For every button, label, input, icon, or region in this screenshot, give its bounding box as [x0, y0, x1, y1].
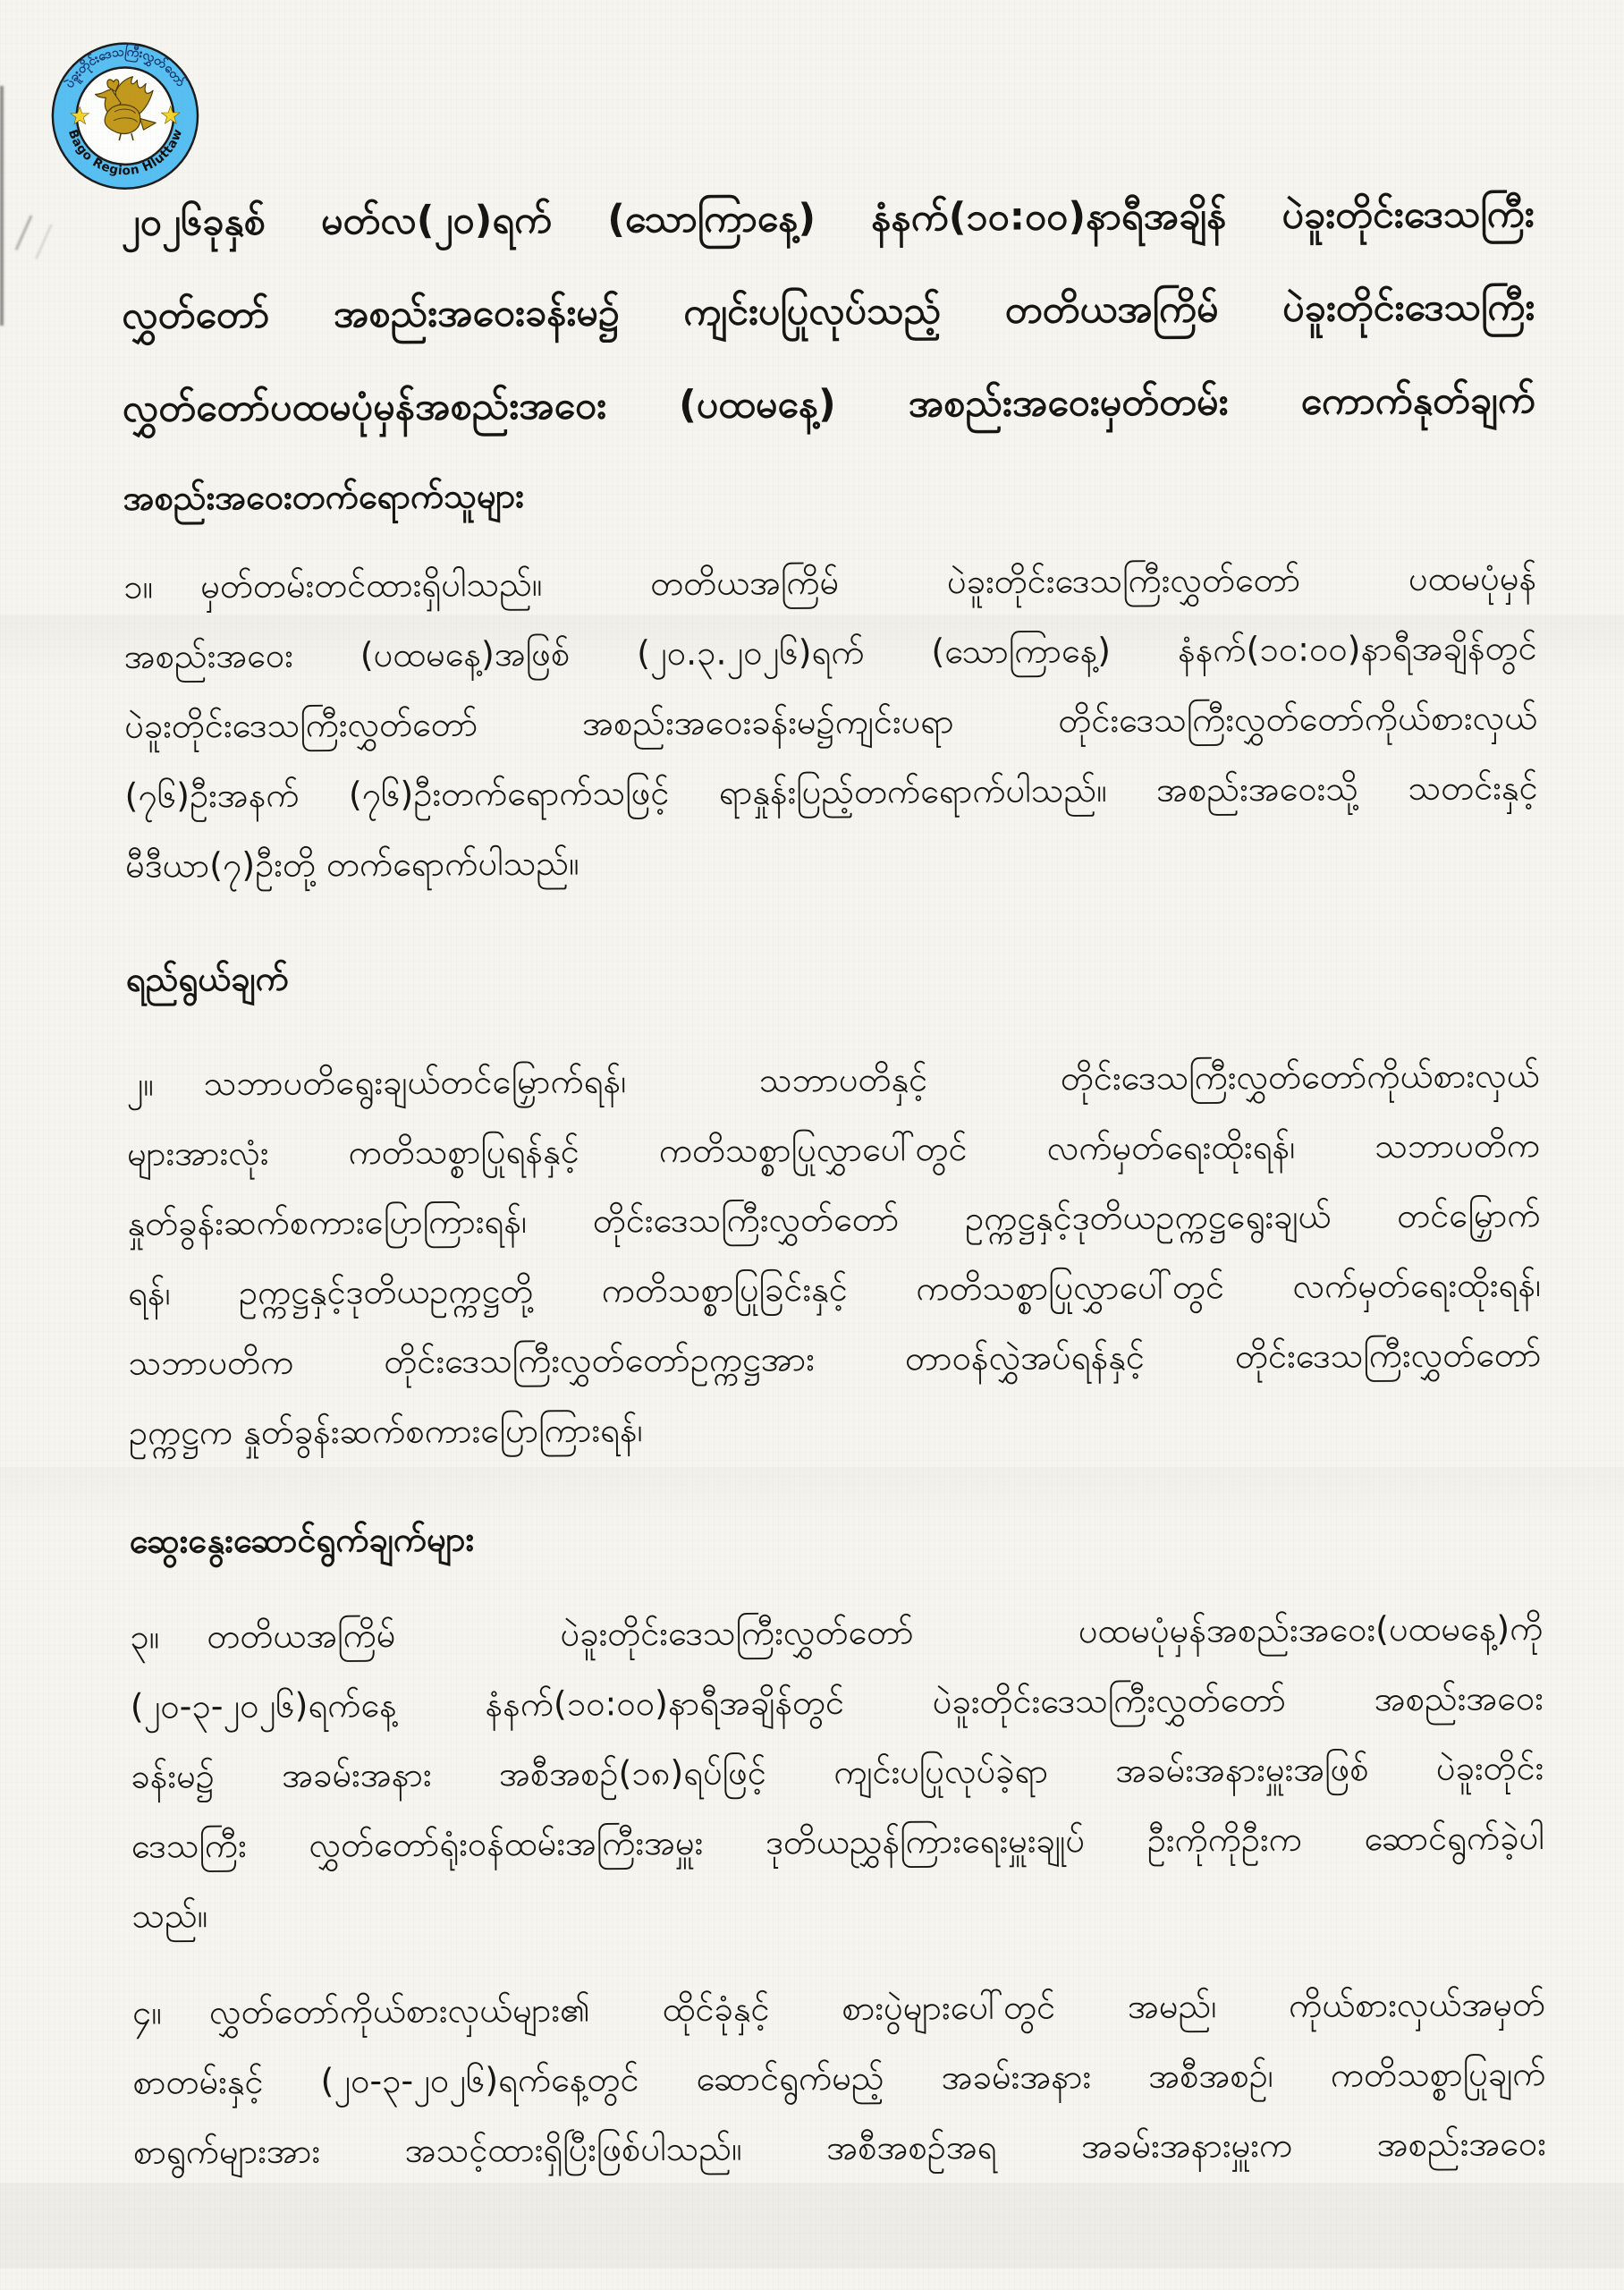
text-line: ၄။လွှတ်တော်ကိုယ်စားလှယ်များ၏ ထိုင်ခုံနှင…: [132, 1969, 1545, 2048]
text-line: စာရွက်များအား အသင့်ထားရှိပြီးဖြစ်ပါသည်။ …: [133, 2108, 1546, 2187]
text-line: ဒေသကြီး လွှတ်တော်ရုံးဝန်ထမ်းအကြီးအမှူး ဒ…: [131, 1802, 1544, 1881]
paragraph-number: ၃။: [130, 1601, 207, 1672]
text-segment: တတိယအကြိမ် ပဲခူးတိုင်းဒေသကြီးလွှတ်တော် ပ…: [207, 1608, 1543, 1656]
text-line: ၃။တတိယအကြိမ် ပဲခူးတိုင်းဒေသကြီးလွှတ်တော်…: [130, 1593, 1543, 1672]
text-line: ၂။သဘာပတိရွေးချယ်တင်မြှောက်ရန်၊ သဘာပတိနှင…: [126, 1040, 1539, 1119]
section-heading-proceedings: ဆွေးနွေးဆောင်ရွက်ချက်များ: [129, 1504, 1542, 1570]
paragraph-3: ၃။တတိယအကြိမ် ပဲခူးတိုင်းဒေသကြီးလွှတ်တော်…: [130, 1593, 1544, 1951]
text-line: ၁။မှတ်တမ်းတင်ထားရှိပါသည်။ တတိယအကြိမ် ပဲခ…: [123, 543, 1536, 622]
title-line-2: လွှတ်တော် အစည်းအဝေးခန်းမ၌ ကျင်းပပြုလုပ်သ…: [122, 260, 1535, 362]
paragraph-number: ၁။: [123, 551, 200, 622]
text-line: ခန်းမ၌ အခမ်းအနား အစီအစဉ်(၁၈)ရပ်ဖြင့် ကျင…: [131, 1733, 1544, 1811]
title-line-1: ၂၀၂၆ခုနှစ် မတ်လ(၂၀)ရက် (သောကြာနေ့) နံနက်…: [121, 167, 1535, 269]
section-heading-attendees: အစည်းအဝေးတက်ရောက်သူများ: [123, 461, 1535, 527]
text-line: သဘာပတိက တိုင်းဒေသကြီးလွှတ်တော်ဥက္ကဋ္ဌအား…: [128, 1319, 1541, 1398]
text-line: (၇၆)ဦးအနက် (၇၆)ဦးတက်ရောက်သဖြင့် ရာနှုန်း…: [124, 752, 1537, 831]
text-line: (၂၀-၃-၂၀၂၆)ရက်နေ့ နံနက်(၁၀:၀၀)နာရီအချိန်…: [131, 1663, 1544, 1742]
paragraph-4: ၄။လွှတ်တော်ကိုယ်စားလှယ်များ၏ ထိုင်ခုံနှင…: [132, 1969, 1546, 2187]
paragraph-number: ၂။: [126, 1048, 203, 1119]
text-segment: လွှတ်တော်ကိုယ်စားလှယ်များ၏ ထိုင်ခုံနှင့်…: [209, 1984, 1545, 2031]
title-line-3: လွှတ်တော်ပထမပုံမှန်အစည်းအဝေး (ပထမနေ့) အစ…: [123, 353, 1536, 455]
text-line: ဥက္ကဋ္ဌက နှုတ်ခွန်းဆက်စကားပြောကြားရန်၊: [129, 1389, 1542, 1468]
text-segment: မှတ်တမ်းတင်ထားရှိပါသည်။ တတိယအကြိမ် ပဲခူး…: [200, 558, 1536, 606]
text-line: မီဒီယာ(၇)ဦးတို့ တက်ရောက်ပါသည်။: [125, 822, 1538, 901]
paragraph-1: ၁။မှတ်တမ်းတင်ထားရှိပါသည်။ တတိယအကြိမ် ပဲခ…: [123, 543, 1538, 901]
text-line: စာတမ်းနှင့် (၂၀-၃-၂၀၂၆)ရက်နေ့တွင် ဆောင်ရ…: [132, 2039, 1545, 2117]
paragraph-2: ၂။သဘာပတိရွေးချယ်တင်မြှောက်ရန်၊ သဘာပတိနှင…: [126, 1040, 1542, 1468]
section-heading-objectives: ရည်ရွယ်ချက်: [126, 942, 1539, 1008]
text-line: ပဲခူးတိုင်းဒေသကြီးလွှတ်တော် အစည်းအဝေးခန်…: [124, 683, 1537, 761]
bago-region-hluttaw-seal: ပဲခူးတိုင်းဒေသကြီးလွှတ်တော် Bago Region …: [50, 41, 199, 191]
scan-edge-artifact: [0, 86, 4, 326]
scan-content: ပဲခူးတိုင်းဒေသကြီးလွှတ်တော် Bago Region …: [0, 0, 1624, 2290]
document-title: ၂၀၂၆ခုနှစ် မတ်လ(၂၀)ရက် (သောကြာနေ့) နံနက်…: [121, 167, 1535, 455]
text-line: ရန်၊ ဥက္ကဋ္ဌနှင့်ဒုတိယဥက္ကဋ္ဌတို့ ကတိသစ္…: [128, 1250, 1541, 1328]
text-line: အစည်းအဝေး (ပထမနေ့)အဖြစ် (၂၀.၃.၂၀၂၆)ရက် (…: [123, 613, 1536, 691]
text-line: များအားလုံး ကတိသစ္စာပြုရန်နှင့် ကတိသစ္စာ…: [127, 1110, 1540, 1189]
scanned-document-page: ပဲခူးတိုင်းဒေသကြီးလွှတ်တော် Bago Region …: [0, 0, 1624, 2290]
text-line: နှုတ်ခွန်းဆက်စကားပြောကြားရန်၊ တိုင်းဒေသက…: [127, 1180, 1540, 1259]
text-segment: သဘာပတိရွေးချယ်တင်မြှောက်ရန်၊ သဘာပတိနှင့်…: [203, 1056, 1539, 1103]
text-line: သည်။: [131, 1872, 1544, 1951]
paragraph-number: ၄။: [132, 1977, 209, 2048]
